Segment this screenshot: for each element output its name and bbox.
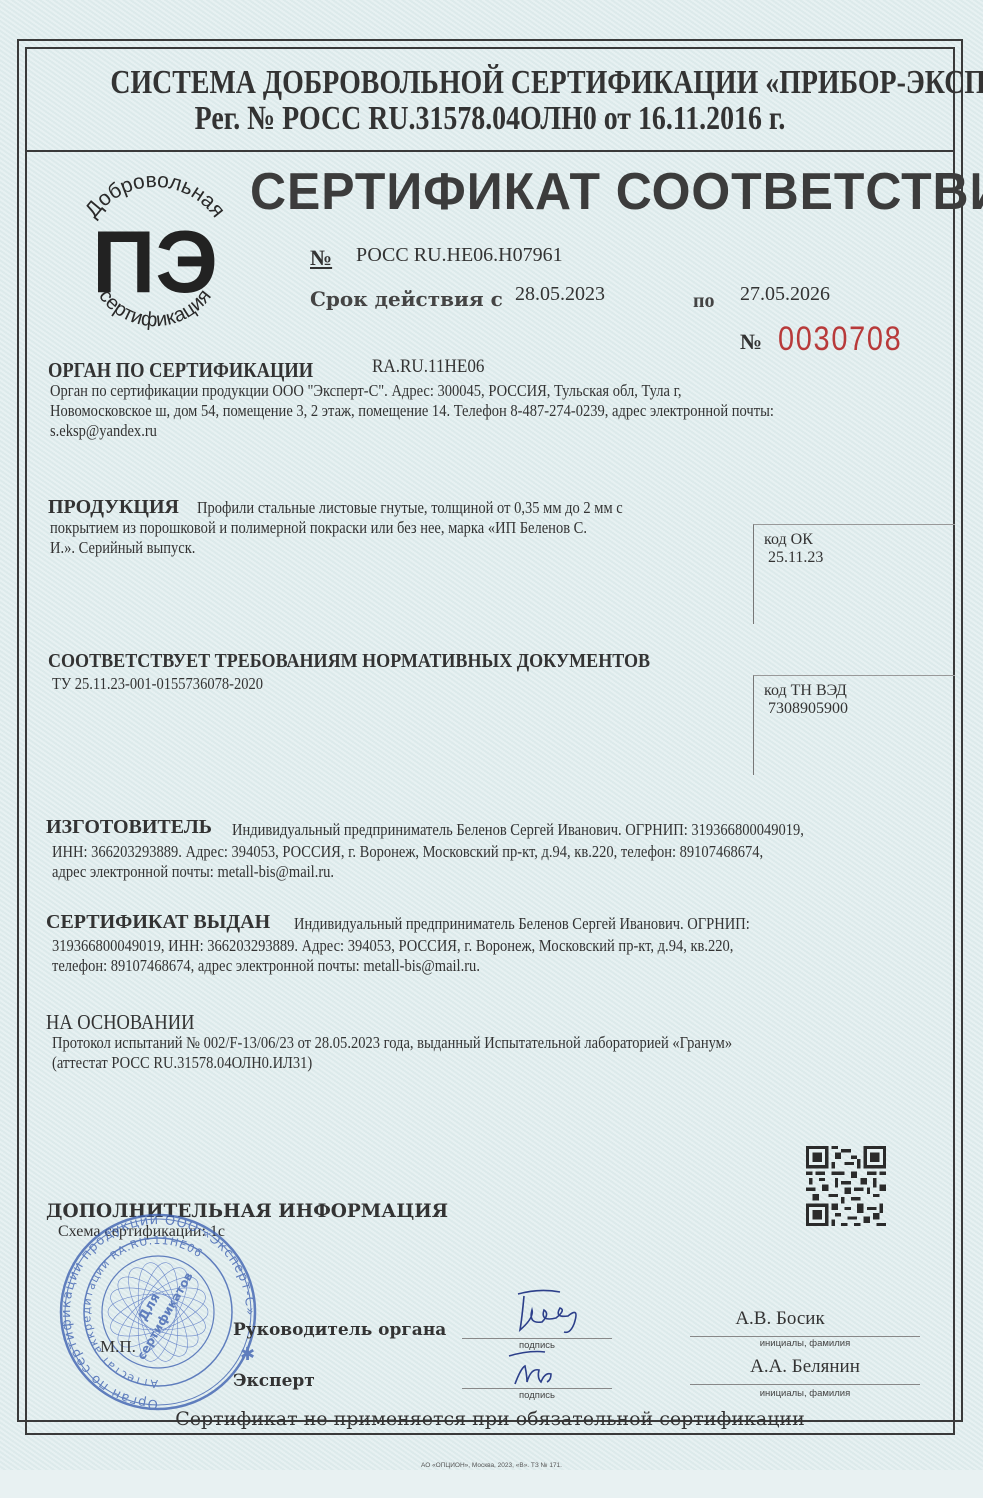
valid-from-date: 28.05.2023	[515, 283, 605, 306]
lab-attestation: (аттестат РОСС RU.31578.04ОЛН0.ИЛ31)	[52, 1053, 732, 1073]
serial-number-label: №	[740, 329, 762, 355]
product-title: ПРОДУКЦИЯ	[48, 496, 179, 519]
expert-name: А.А. Белянин	[690, 1356, 920, 1378]
certificate-heading: СЕРТИФИКАТ СООТВЕТСТВИЯ	[250, 162, 912, 222]
certificate-number-label: №	[310, 245, 332, 271]
head-name-line	[690, 1336, 920, 1337]
product-description-line1: Профили стальные листовые гнутые, толщин…	[197, 498, 681, 518]
issued-to-details-line1: Индивидуальный предприниматель Беленов С…	[294, 914, 812, 934]
tnved-code-box: код ТН ВЭД 7308905900	[753, 675, 955, 775]
tnved-code-value: 7308905900	[764, 700, 955, 718]
basis-details: Протокол испытаний № 002/F-13/06/23 от 2…	[52, 1033, 825, 1073]
header-divider	[25, 150, 955, 152]
voluntary-disclaimer: Сертификат не применяется при обязательн…	[27, 1408, 953, 1430]
issued-to-details: 319366800049019, ИНН: 366203293889. Адре…	[52, 936, 826, 976]
head-signature-icon	[510, 1288, 600, 1336]
valid-to-date: 27.05.2026	[740, 283, 830, 306]
issued-to-title: СЕРТИФИКАТ ВЫДАН	[46, 911, 270, 934]
expert-signature-icon	[505, 1348, 575, 1388]
product-description: покрытием из порошковой и полимерной пок…	[50, 518, 660, 558]
certification-body-details: Орган по сертификации продукции ООО "Экс…	[50, 381, 873, 441]
certification-body-code: RA.RU.11НЕ06	[372, 356, 484, 378]
manufacturer-details: ИНН: 366203293889. Адрес: 394053, РОССИЯ…	[52, 842, 860, 882]
expert-signature-line	[462, 1388, 612, 1389]
page-bottom-strip	[0, 1470, 983, 1498]
okpd-code-box: код ОК 25.11.23	[753, 524, 955, 624]
test-protocol: Протокол испытаний № 002/F-13/06/23 от 2…	[52, 1033, 732, 1053]
system-title: СИСТЕМА ДОБРОВОЛЬНОЙ СЕРТИФИКАЦИИ «ПРИБО…	[110, 64, 869, 102]
certification-body-email: s.eksp@yandex.ru	[50, 421, 774, 441]
manufacturer-details-line1: Индивидуальный предприниматель Беленов С…	[232, 820, 882, 840]
normative-document: ТУ 25.11.23-001-0155736078-2020	[52, 674, 292, 694]
okpd-code-value: 25.11.23	[764, 549, 955, 567]
printer-imprint: АО «ОПЦИОН», Москва, 2023, «В». ТЗ № 171…	[0, 1462, 983, 1469]
tnved-code-label: код ТН ВЭД	[764, 682, 955, 700]
qr-code-icon	[806, 1146, 886, 1226]
certification-body-title: ОРГАН ПО СЕРТИФИКАЦИИ	[48, 358, 313, 383]
head-of-body-label: Руководитель органа	[233, 1320, 446, 1340]
okpd-code-label: код ОК	[764, 531, 955, 549]
system-registration: Рег. № РОСС RU.31578.04ОЛН0 от 16.11.201…	[110, 100, 869, 138]
expert-name-line	[690, 1384, 920, 1385]
voluntary-certification-logo-icon: Добровольная ПЭ сертификация	[60, 160, 250, 350]
head-name-caption: инициалы, фамилия	[690, 1338, 920, 1349]
head-signature-line	[462, 1338, 612, 1339]
expert-label: Эксперт	[233, 1371, 315, 1391]
validity-label: Срок действия с	[310, 287, 503, 311]
official-stamp-icon: Орган по сертификации продукции ООО «Экс…	[58, 1210, 258, 1415]
expert-signature-caption: подпись	[462, 1390, 612, 1401]
head-name: А.В. Босик	[690, 1308, 870, 1330]
certificate-number: РОСС RU.НЕ06.Н07961	[356, 244, 563, 267]
serial-number: 0030708	[778, 320, 902, 359]
expert-name-caption: инициалы, фамилия	[690, 1388, 920, 1399]
svg-text:✱: ✱	[240, 1344, 255, 1365]
manufacturer-title: ИЗГОТОВИТЕЛЬ	[46, 816, 212, 839]
basis-title: НА ОСНОВАНИИ	[46, 1010, 194, 1035]
seal-place-label: М.П.	[100, 1337, 136, 1357]
valid-to-label: по	[693, 290, 715, 313]
compliance-title: СООТВЕТСТВУЕТ ТРЕБОВАНИЯМ НОРМАТИВНЫХ ДО…	[48, 650, 650, 673]
